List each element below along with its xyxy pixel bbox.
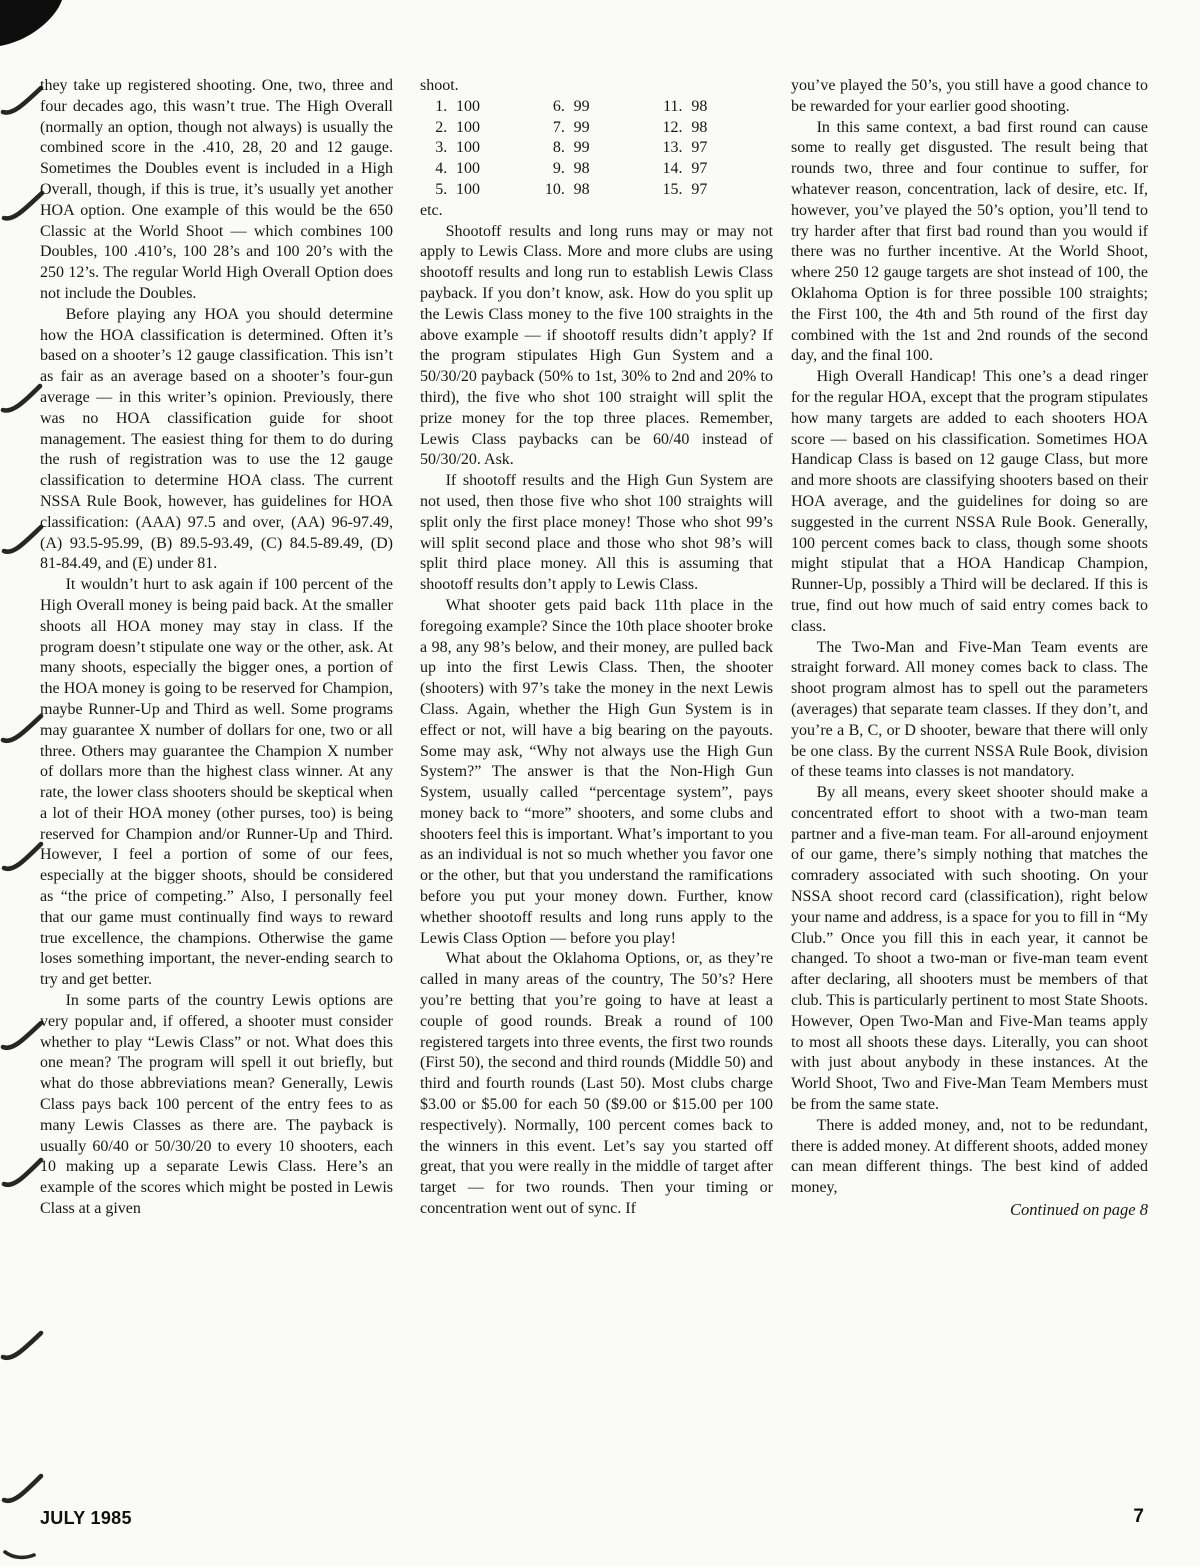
etc-label: etc. — [420, 201, 773, 222]
footer-issue-date: JULY 1985 — [40, 1508, 132, 1529]
column-middle: shoot. 1.100 2.100 3.100 4.100 5.100 6.9… — [420, 76, 773, 1220]
pen-mark — [3, 1023, 41, 1048]
pen-mark — [3, 88, 41, 113]
pen-mark — [5, 1552, 34, 1557]
pen-mark — [3, 1333, 41, 1358]
score-entry: 4.100 — [420, 159, 538, 180]
paragraph-right-4: The Two-Man and Five-Man Team events are… — [791, 638, 1148, 784]
pen-mark — [4, 1476, 41, 1501]
footer-page-number: 7 — [1133, 1506, 1144, 1528]
score-entry: 14.97 — [655, 159, 773, 180]
score-entry: 11.98 — [655, 97, 773, 118]
continued-note: Continued on page 8 — [791, 1200, 1148, 1221]
score-entry: 10.98 — [538, 180, 656, 201]
paragraph-middle-3: What shooter gets paid back 11th place i… — [420, 596, 773, 950]
score-entry: 13.97 — [655, 138, 773, 159]
magazine-page: they take up registered shooting. One, t… — [0, 0, 1200, 1566]
pen-mark — [4, 1160, 41, 1185]
ink-blot — [0, 0, 62, 46]
score-entry: 2.100 — [420, 118, 538, 139]
paragraph-right-1: you’ve played the 50’s, you still have a… — [791, 76, 1148, 118]
paragraph-right-5: By all means, every skeet shooter should… — [791, 783, 1148, 1116]
score-entry: 1.100 — [420, 97, 538, 118]
score-entry: 9.98 — [538, 159, 656, 180]
paragraph-right-6: There is added money, and, not to be red… — [791, 1116, 1148, 1199]
paragraph-right-3: High Overall Handicap! This one’s a dead… — [791, 367, 1148, 637]
pen-mark — [4, 193, 42, 218]
pen-mark — [3, 386, 40, 411]
pen-mark — [3, 716, 41, 741]
paragraph-left-2: Before playing any HOA you should determ… — [40, 305, 393, 575]
score-entry: 12.98 — [655, 118, 773, 139]
lewis-class-score-list: 1.100 2.100 3.100 4.100 5.100 6.99 7.99 … — [420, 97, 773, 201]
lead-word: shoot. — [420, 76, 773, 97]
paragraph-right-2: In this same context, a bad first round … — [791, 118, 1148, 368]
paragraph-left-1: they take up registered shooting. One, t… — [40, 76, 393, 305]
paragraph-left-3: It wouldn’t hurt to ask again if 100 per… — [40, 575, 393, 991]
score-entry: 5.100 — [420, 180, 538, 201]
column-right: you’ve played the 50’s, you still have a… — [791, 76, 1148, 1221]
pen-mark — [4, 527, 41, 552]
paragraph-middle-1: Shootoff results and long runs may or ma… — [420, 222, 773, 472]
score-entry: 15.97 — [655, 180, 773, 201]
score-entry: 8.99 — [538, 138, 656, 159]
paragraph-middle-2: If shootoff results and the High Gun Sys… — [420, 471, 773, 596]
pen-mark — [4, 844, 41, 869]
score-entry: 7.99 — [538, 118, 656, 139]
paragraph-left-4: In some parts of the country Lewis optio… — [40, 991, 393, 1220]
paragraph-middle-4: What about the Oklahoma Options, or, as … — [420, 949, 773, 1219]
score-entry: 6.99 — [538, 97, 656, 118]
column-left: they take up registered shooting. One, t… — [40, 76, 393, 1220]
score-entry: 3.100 — [420, 138, 538, 159]
